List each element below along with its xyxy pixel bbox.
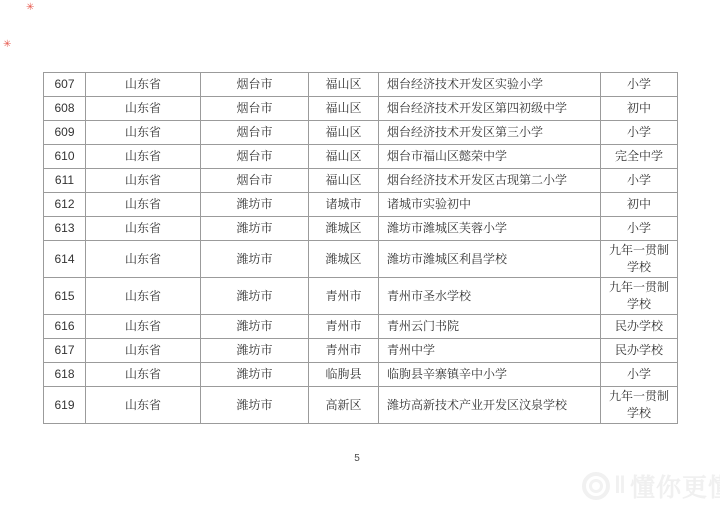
school-cell: 临朐县辛寨镇辛中小学 <box>379 363 601 387</box>
district-cell: 潍城区 <box>309 241 379 278</box>
province-cell: 山东省 <box>86 315 201 339</box>
city-cell: 烟台市 <box>201 97 309 121</box>
type-cell: 小学 <box>601 217 678 241</box>
district-cell: 福山区 <box>309 73 379 97</box>
table-row: 609山东省烟台市福山区烟台经济技术开发区第三小学小学 <box>44 121 678 145</box>
school-cell: 潍坊高新技术产业开发区汶泉学校 <box>379 387 601 424</box>
type-cell: 初中 <box>601 97 678 121</box>
no-cell: 614 <box>44 241 86 278</box>
district-cell: 临朐县 <box>309 363 379 387</box>
type-cell: 九年一贯制学校 <box>601 387 678 424</box>
school-cell: 潍坊市潍城区利昌学校 <box>379 241 601 278</box>
table-row: 616山东省潍坊市青州市青州云门书院民办学校 <box>44 315 678 339</box>
school-cell: 烟台市福山区懿荣中学 <box>379 145 601 169</box>
school-cell: 烟台经济技术开发区第三小学 <box>379 121 601 145</box>
district-cell: 青州市 <box>309 339 379 363</box>
school-cell: 烟台经济技术开发区古现第二小学 <box>379 169 601 193</box>
province-cell: 山东省 <box>86 73 201 97</box>
no-cell: 617 <box>44 339 86 363</box>
province-cell: 山东省 <box>86 278 201 315</box>
school-cell: 青州中学 <box>379 339 601 363</box>
watermark-text: 懂你更懂 <box>630 468 720 504</box>
type-cell: 小学 <box>601 363 678 387</box>
table-row: 614山东省潍坊市潍城区潍坊市潍城区利昌学校九年一贯制学校 <box>44 241 678 278</box>
type-cell: 小学 <box>601 121 678 145</box>
table-row: 611山东省烟台市福山区烟台经济技术开发区古现第二小学小学 <box>44 169 678 193</box>
city-cell: 潍坊市 <box>201 241 309 278</box>
city-cell: 潍坊市 <box>201 193 309 217</box>
table-row: 612山东省潍坊市诸城市诸城市实验初中初中 <box>44 193 678 217</box>
district-cell: 诸城市 <box>309 193 379 217</box>
district-cell: 青州市 <box>309 315 379 339</box>
type-cell: 民办学校 <box>601 315 678 339</box>
table-row: 618山东省潍坊市临朐县临朐县辛寨镇辛中小学小学 <box>44 363 678 387</box>
city-cell: 烟台市 <box>201 145 309 169</box>
province-cell: 山东省 <box>86 387 201 424</box>
city-cell: 潍坊市 <box>201 278 309 315</box>
table-row: 613山东省潍坊市潍城区潍坊市潍城区芙蓉小学小学 <box>44 217 678 241</box>
watermark-logo-icon <box>582 472 610 500</box>
province-cell: 山东省 <box>86 339 201 363</box>
table-row: 615山东省潍坊市青州市青州市圣水学校九年一贯制学校 <box>44 278 678 315</box>
district-cell: 福山区 <box>309 169 379 193</box>
school-cell: 潍坊市潍城区芙蓉小学 <box>379 217 601 241</box>
table-row: 619山东省潍坊市高新区潍坊高新技术产业开发区汶泉学校九年一贯制学校 <box>44 387 678 424</box>
city-cell: 烟台市 <box>201 169 309 193</box>
type-cell: 完全中学 <box>601 145 678 169</box>
city-cell: 烟台市 <box>201 121 309 145</box>
province-cell: 山东省 <box>86 145 201 169</box>
no-cell: 611 <box>44 169 86 193</box>
school-table-body: 607山东省烟台市福山区烟台经济技术开发区实验小学小学608山东省烟台市福山区烟… <box>44 73 678 424</box>
table-row: 608山东省烟台市福山区烟台经济技术开发区第四初级中学初中 <box>44 97 678 121</box>
school-cell: 诸城市实验初中 <box>379 193 601 217</box>
table-row: 617山东省潍坊市青州市青州中学民办学校 <box>44 339 678 363</box>
district-cell: 福山区 <box>309 121 379 145</box>
district-cell: 高新区 <box>309 387 379 424</box>
city-cell: 潍坊市 <box>201 363 309 387</box>
city-cell: 潍坊市 <box>201 217 309 241</box>
table-row: 607山东省烟台市福山区烟台经济技术开发区实验小学小学 <box>44 73 678 97</box>
type-cell: 九年一贯制学校 <box>601 278 678 315</box>
district-cell: 青州市 <box>309 278 379 315</box>
red-stamp-mark-icon: ✳ <box>3 40 11 50</box>
no-cell: 616 <box>44 315 86 339</box>
no-cell: 619 <box>44 387 86 424</box>
school-cell: 青州市圣水学校 <box>379 278 601 315</box>
no-cell: 618 <box>44 363 86 387</box>
province-cell: 山东省 <box>86 169 201 193</box>
type-cell: 小学 <box>601 169 678 193</box>
no-cell: 610 <box>44 145 86 169</box>
no-cell: 615 <box>44 278 86 315</box>
province-cell: 山东省 <box>86 241 201 278</box>
province-cell: 山东省 <box>86 121 201 145</box>
table-row: 610山东省烟台市福山区烟台市福山区懿荣中学完全中学 <box>44 145 678 169</box>
city-cell: 烟台市 <box>201 73 309 97</box>
watermark: ‖ 懂你更懂 <box>582 468 720 504</box>
province-cell: 山东省 <box>86 363 201 387</box>
no-cell: 607 <box>44 73 86 97</box>
province-cell: 山东省 <box>86 97 201 121</box>
city-cell: 潍坊市 <box>201 339 309 363</box>
no-cell: 609 <box>44 121 86 145</box>
school-cell: 青州云门书院 <box>379 315 601 339</box>
district-cell: 福山区 <box>309 97 379 121</box>
page-number: 5 <box>0 453 714 464</box>
type-cell: 民办学校 <box>601 339 678 363</box>
school-list-table: 607山东省烟台市福山区烟台经济技术开发区实验小学小学608山东省烟台市福山区烟… <box>43 72 678 424</box>
type-cell: 初中 <box>601 193 678 217</box>
no-cell: 608 <box>44 97 86 121</box>
district-cell: 潍城区 <box>309 217 379 241</box>
city-cell: 潍坊市 <box>201 315 309 339</box>
school-cell: 烟台经济技术开发区第四初级中学 <box>379 97 601 121</box>
red-stamp-mark-icon: ✳ <box>26 3 34 13</box>
district-cell: 福山区 <box>309 145 379 169</box>
watermark-separator: ‖ <box>614 472 626 500</box>
city-cell: 潍坊市 <box>201 387 309 424</box>
school-cell: 烟台经济技术开发区实验小学 <box>379 73 601 97</box>
province-cell: 山东省 <box>86 217 201 241</box>
type-cell: 小学 <box>601 73 678 97</box>
no-cell: 613 <box>44 217 86 241</box>
no-cell: 612 <box>44 193 86 217</box>
province-cell: 山东省 <box>86 193 201 217</box>
type-cell: 九年一贯制学校 <box>601 241 678 278</box>
